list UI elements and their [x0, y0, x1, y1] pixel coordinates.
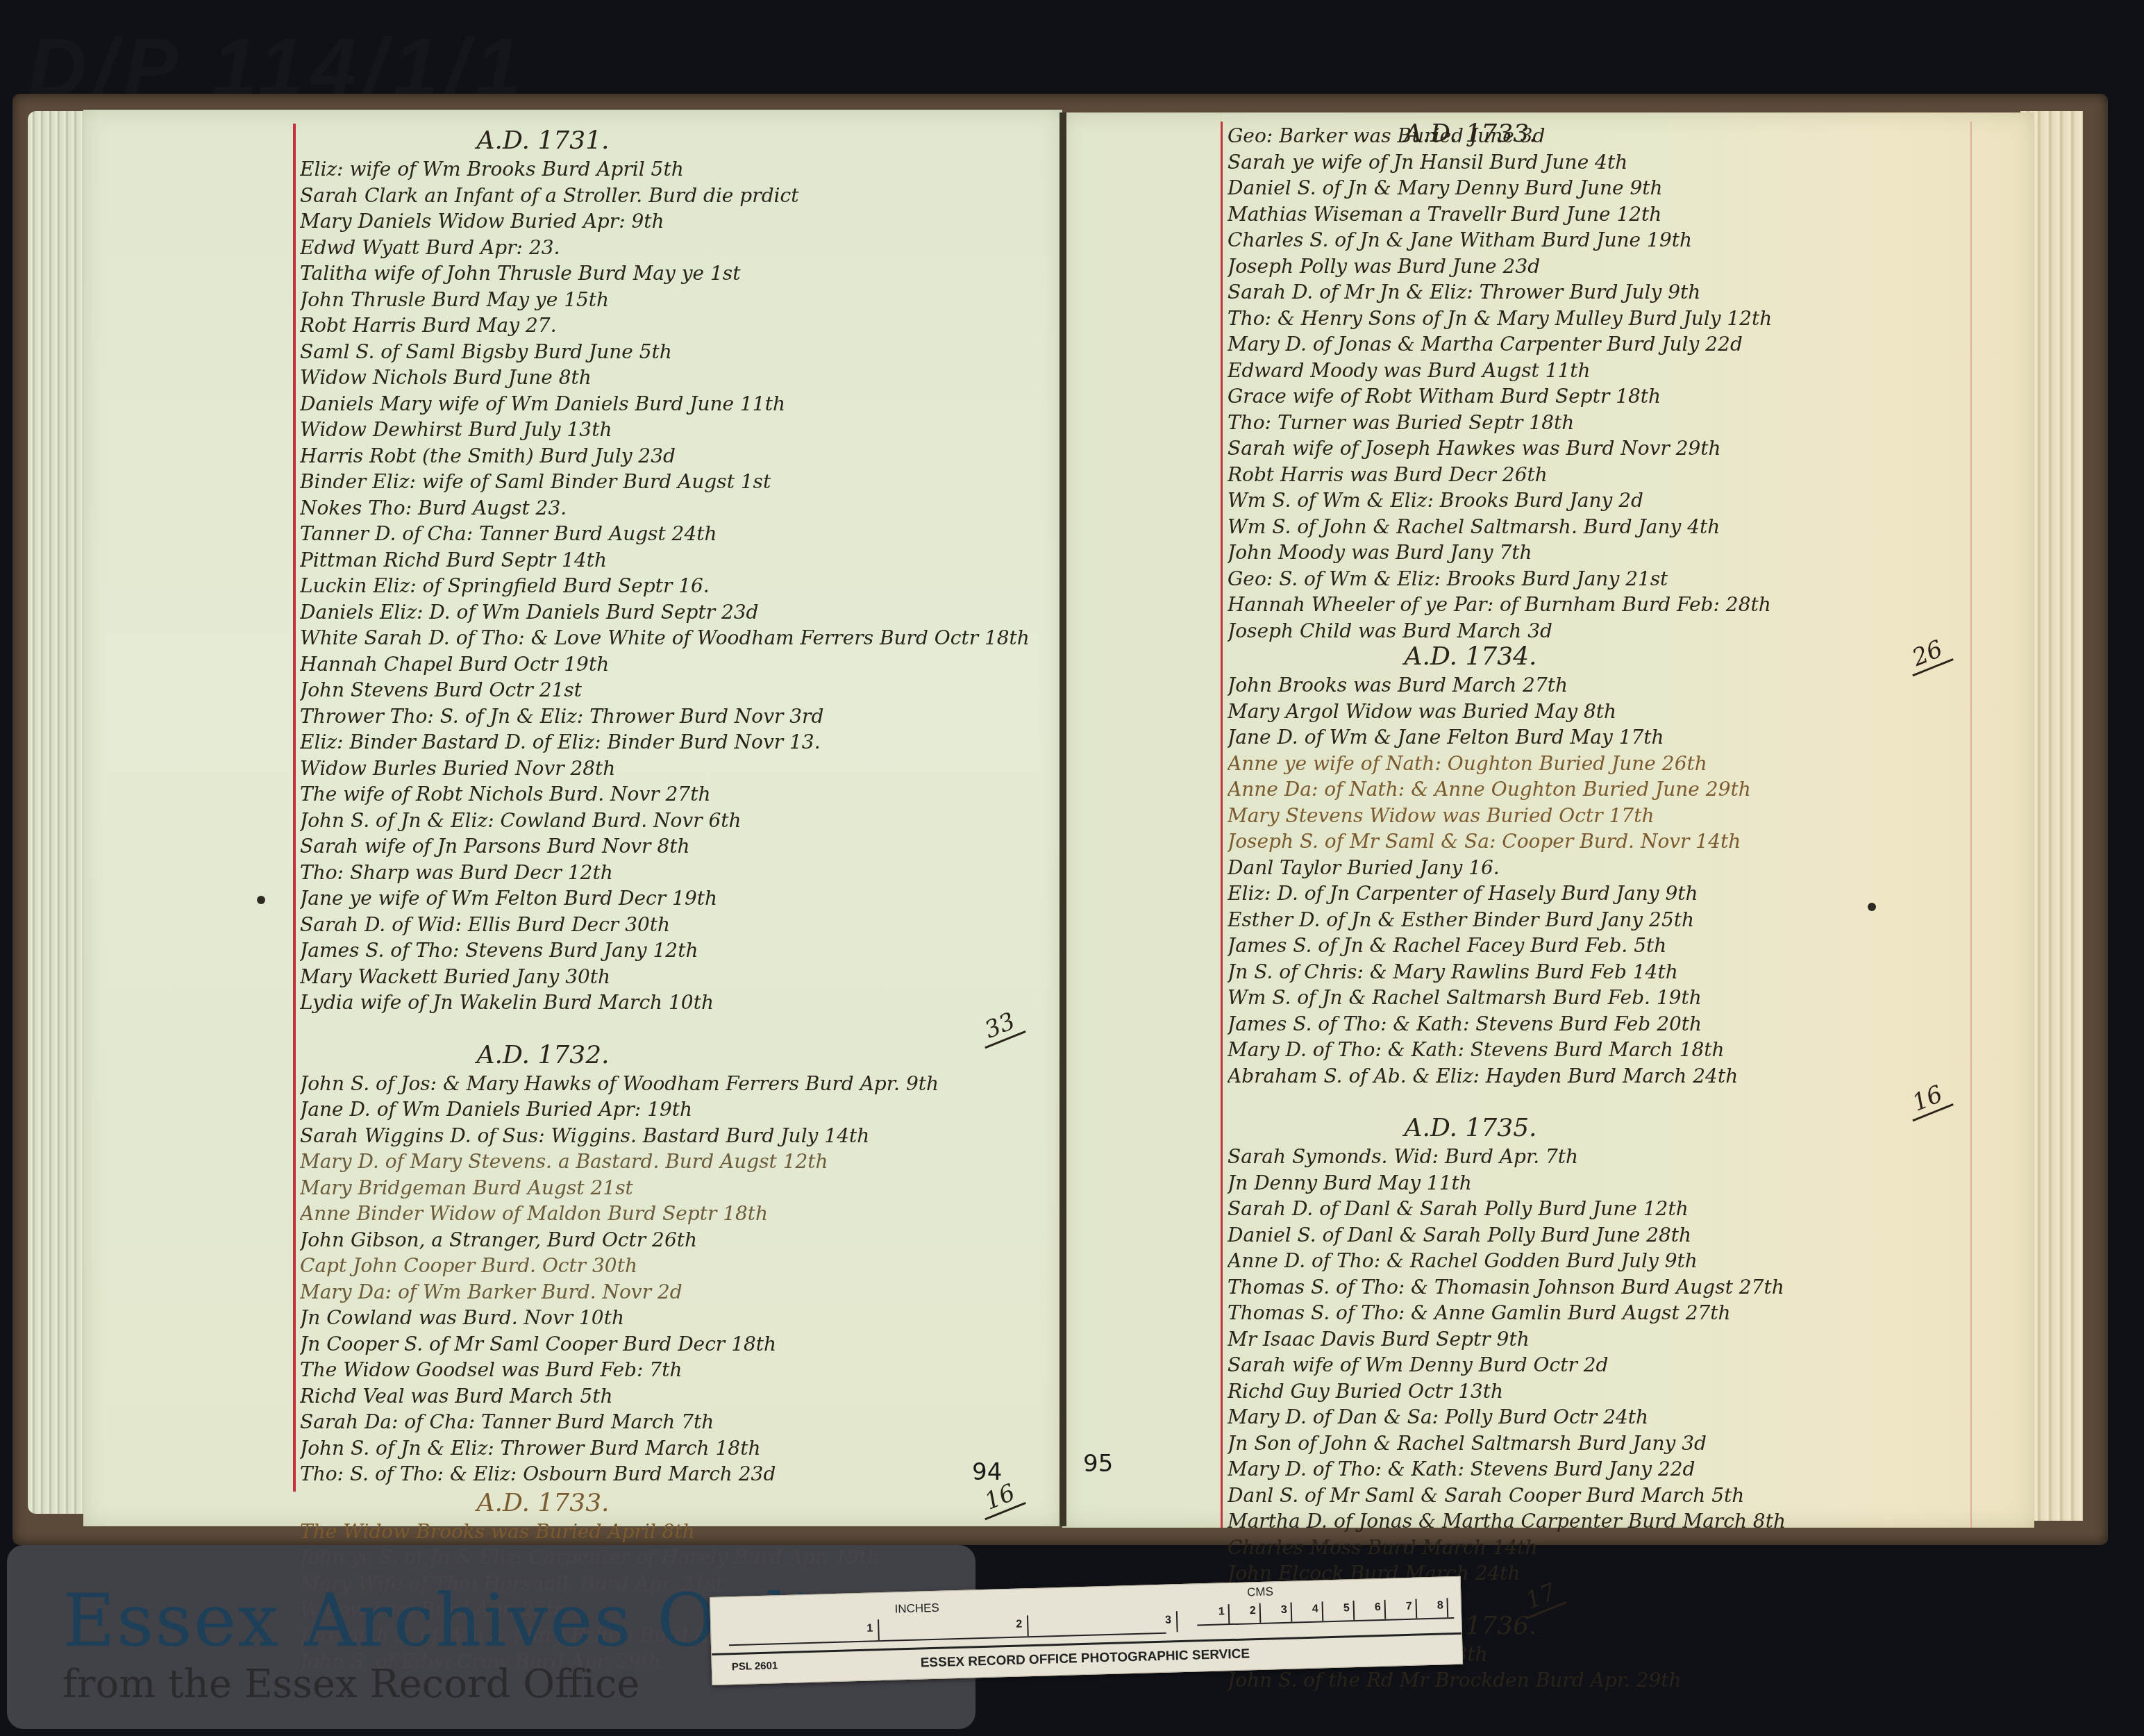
burial-entry: Jn Son of John & Rachel Saltmarsh Burd J…	[1228, 1430, 1977, 1457]
ruler-code: PSL 2601	[732, 1660, 778, 1673]
burial-entry: Jn S. of Chris: & Mary Rawlins Burd Feb …	[1228, 959, 1977, 985]
burial-entry: James S. of Jn & Rachel Facey Burd Feb. …	[1228, 933, 1977, 959]
watermark-subtitle: from the Essex Record Office	[62, 1662, 639, 1707]
burial-entry: Jn Cooper S. of Mr Saml Cooper Burd Decr…	[300, 1331, 1050, 1358]
tally-count: 33	[300, 1012, 1050, 1038]
cm-number: 7	[1406, 1601, 1412, 1613]
burial-entry: Tho: Sharp was Burd Decr 12th	[300, 860, 1050, 886]
burial-entry: Daniel S. of Danl & Sarah Polly Burd Jun…	[1228, 1222, 1977, 1249]
burial-entry: John S. of the Rd Mr Brockden Burd Apr. …	[1228, 1667, 1977, 1694]
burial-entry: Robt Harris was Burd Decr 26th	[1228, 462, 1977, 488]
burial-entry: Eliz: wife of Wm Brooks Burd April 5th	[300, 156, 1050, 183]
entry-list: Sarah Symonds. Wid: Burd Apr. 7thJn Denn…	[1228, 1144, 1977, 1587]
burial-entry: Jn Cowland was Burd. Novr 10th	[300, 1305, 1050, 1331]
burial-entry: Tho: Turner was Buried Septr 18th	[1228, 410, 1977, 436]
burial-entry: Danl Taylor Buried Jany 16.	[1228, 855, 1977, 881]
burial-entry: Richd Guy Buried Octr 13th	[1228, 1378, 1977, 1405]
cm-number: 8	[1437, 1600, 1443, 1612]
right-margin-rule	[1221, 122, 1223, 1528]
book-gutter	[1060, 112, 1066, 1526]
burial-entry: Richd Veal was Burd March 5th	[300, 1383, 1050, 1410]
burial-entry: Sarah D. of Wid: Ellis Burd Decr 30th	[300, 912, 1050, 938]
right-page-register: A.D. 1733. Geo: Barker was Buried June 3…	[1228, 117, 1977, 1694]
inch-tick	[1176, 1611, 1178, 1632]
burial-entry: Tho: & Henry Sons of Jn & Mary Mulley Bu…	[1228, 306, 1977, 332]
burial-entry: Esther D. of Jn & Esther Binder Burd Jan…	[1228, 907, 1977, 933]
burial-entry: Widow Nichols Burd June 8th	[300, 365, 1050, 391]
burial-entry: Jn Denny Burd May 11th	[1228, 1170, 1977, 1196]
burial-entry: Capt John Cooper Burd. Octr 30th	[300, 1253, 1050, 1279]
burial-entry: Mary D. of Dan & Sa: Polly Burd Octr 24t…	[1228, 1404, 1977, 1430]
burial-entry: John Brooks was Burd March 27th	[1228, 672, 1977, 699]
burial-entry: Wm S. of John & Rachel Saltmarsh. Burd J…	[1228, 514, 1977, 540]
section-1731: A.D. 1731. Eliz: wife of Wm Brooks Burd …	[300, 126, 1050, 1038]
tally-count: 16	[300, 1483, 1050, 1510]
burial-entry: Thrower Tho: S. of Jn & Eliz: Thrower Bu…	[300, 703, 1050, 730]
entry-list: Geo: Barker was Buried June 3dSarah ye w…	[1228, 123, 1977, 644]
inch-tick	[1027, 1615, 1029, 1636]
burial-entry: Daniels Eliz: D. of Wm Daniels Burd Sept…	[300, 599, 1050, 626]
burial-entry: The wife of Robt Nichols Burd. Novr 27th	[300, 781, 1050, 808]
section-1734: A.D. 1734. John Brooks was Burd March 27…	[1228, 642, 1977, 1111]
page-number-94: 94	[972, 1458, 1002, 1486]
burial-entry: Sarah wife of Jn Parsons Burd Novr 8th	[300, 833, 1050, 860]
burial-entry: Jane D. of Wm & Jane Felton Burd May 17t…	[1228, 724, 1977, 751]
burial-entry: Martha D. of Jonas & Martha Carpenter Bu…	[1228, 1508, 1977, 1535]
burial-entry: Saml S. of Saml Bigsby Burd June 5th	[300, 339, 1050, 365]
tally-count: 16	[1228, 1085, 1977, 1111]
burial-entry: Wm S. of Wm & Eliz: Brooks Burd Jany 2d	[1228, 487, 1977, 514]
cm-tick	[1259, 1603, 1262, 1623]
burial-entry: Luckin Eliz: of Springfield Burd Septr 1…	[300, 573, 1050, 599]
cm-number: 6	[1375, 1601, 1381, 1614]
burial-entry: Mathias Wiseman a Travellr Burd June 12t…	[1228, 201, 1977, 228]
burial-entry: Charles S. of Jn & Jane Witham Burd June…	[1228, 227, 1977, 253]
section-1735: A.D. 1735. Sarah Symonds. Wid: Burd Apr.…	[1228, 1114, 1977, 1609]
cm-tick	[1291, 1603, 1293, 1622]
year-heading: A.D. 1731.	[300, 126, 1050, 155]
burial-entry: John S. of Jn & Eliz: Cowland Burd. Novr…	[300, 808, 1050, 834]
burial-entry: Thomas S. of Tho: & Anne Gamlin Burd Aug…	[1228, 1300, 1977, 1326]
cm-tick	[1322, 1601, 1324, 1621]
ink-spot	[257, 896, 265, 904]
inch-tick	[878, 1619, 880, 1640]
burial-entry: Sarah D. of Mr Jn & Eliz: Thrower Burd J…	[1228, 279, 1977, 306]
burial-entry: The Widow Goodsel was Burd Feb: 7th	[300, 1357, 1050, 1383]
left-margin-rule	[293, 124, 296, 1492]
burial-entry: John Thrusle Burd May ye 15th	[300, 287, 1050, 313]
cm-tick	[1384, 1600, 1386, 1619]
entry-list: John Brooks was Burd March 27thMary Argo…	[1228, 672, 1977, 1089]
cm-number: 1	[1218, 1605, 1225, 1618]
burial-entry: Sarah Symonds. Wid: Burd Apr. 7th	[1228, 1144, 1977, 1170]
inch-number: 1	[866, 1622, 873, 1635]
burial-entry: James S. of Tho: Stevens Burd Jany 12th	[300, 937, 1050, 964]
cm-tick	[1446, 1598, 1448, 1617]
burial-entry: Mary Stevens Widow was Buried Octr 17th	[1228, 803, 1977, 829]
burial-entry: Mary Wackett Buried Jany 30th	[300, 964, 1050, 990]
burial-entry: John S. of Jn & Eliz: Thrower Burd March…	[300, 1435, 1050, 1462]
burial-entry: Mary D. of Mary Stevens. a Bastard. Burd…	[300, 1149, 1050, 1175]
ruler-inches-label: INCHES	[894, 1601, 939, 1617]
tally-count: 26	[1228, 640, 1977, 666]
burial-entry: Mary Daniels Widow Buried Apr: 9th	[300, 208, 1050, 235]
burial-entry: Daniel S. of Jn & Mary Denny Burd June 9…	[1228, 175, 1977, 201]
burial-entry: Daniels Mary wife of Wm Daniels Burd Jun…	[300, 391, 1050, 417]
burial-entry: Sarah D. of Danl & Sarah Polly Burd June…	[1228, 1196, 1977, 1222]
page-number-95: 95	[1083, 1450, 1113, 1478]
year-heading: A.D. 1735.	[1228, 1114, 1977, 1142]
cm-number: 2	[1250, 1605, 1256, 1617]
burial-entry: Anne Da: of Nath: & Anne Oughton Buried …	[1228, 776, 1977, 803]
burial-entry: The Widow Brooks was Buried April 8th	[300, 1519, 1050, 1545]
burial-entry: Danl S. of Mr Saml & Sarah Cooper Burd M…	[1228, 1483, 1977, 1509]
burial-entry: Geo: Barker was Buried June 3d	[1228, 123, 1977, 149]
inch-number: 3	[1165, 1614, 1171, 1626]
ruler-service-label: ESSEX RECORD OFFICE PHOTOGRAPHIC SERVICE	[920, 1646, 1250, 1671]
burial-entry: White Sarah D. of Tho: & Love White of W…	[300, 625, 1050, 651]
left-page-register: A.D. 1731. Eliz: wife of Wm Brooks Burd …	[300, 124, 1050, 1675]
cm-number: 5	[1343, 1602, 1350, 1614]
burial-entry: Hannah Chapel Burd Octr 19th	[300, 651, 1050, 678]
burial-entry: Anne D. of Tho: & Rachel Godden Burd Jul…	[1228, 1248, 1977, 1274]
burial-entry: Edwd Wyatt Burd Apr: 23.	[300, 235, 1050, 261]
burial-entry: Talitha wife of John Thrusle Burd May ye…	[300, 260, 1050, 287]
cm-number: 3	[1281, 1604, 1287, 1617]
burial-entry: Pittman Richd Burd Septr 14th	[300, 547, 1050, 574]
burial-entry: Mary Bridgeman Burd Augst 21st	[300, 1175, 1050, 1201]
burial-entry: Edward Moody was Burd Augst 11th	[1228, 358, 1977, 384]
burial-entry: Joseph S. of Mr Saml & Sa: Cooper Burd. …	[1228, 828, 1977, 855]
burial-entry: Mary D. of Tho: & Kath: Stevens Burd Jan…	[1228, 1456, 1977, 1483]
ruler-cms-label: CMS	[1247, 1585, 1273, 1599]
burial-entry: Sarah ye wife of Jn Hansil Burd June 4th	[1228, 149, 1977, 176]
burial-entry: Eliz: D. of Jn Carpenter of Hasely Burd …	[1228, 880, 1977, 907]
burial-entry: Mary Argol Widow was Buried May 8th	[1228, 699, 1977, 725]
burial-entry: Mr Isaac Davis Burd Septr 9th	[1228, 1326, 1977, 1353]
burial-entry: Jane D. of Wm Daniels Buried Apr: 19th	[300, 1096, 1050, 1123]
burial-entry: Wm S. of Jn & Rachel Saltmarsh Burd Feb.…	[1228, 985, 1977, 1011]
burial-entry: Eliz: Binder Bastard D. of Eliz: Binder …	[300, 729, 1050, 756]
burial-entry: Joseph Polly was Burd June 23d	[1228, 253, 1977, 280]
cm-scale-line	[1197, 1617, 1454, 1626]
burial-entry: James S. of Tho: & Kath: Stevens Burd Fe…	[1228, 1011, 1977, 1037]
section-1732: A.D. 1732. John S. of Jos: & Mary Hawks …	[300, 1041, 1050, 1510]
burial-entry: Sarah Wiggins D. of Sus: Wiggins. Bastar…	[300, 1123, 1050, 1149]
burial-entry: Robt Harris Burd May 27.	[300, 312, 1050, 339]
burial-entry: Mary Da: of Wm Barker Burd. Novr 2d	[300, 1279, 1050, 1305]
burial-entry: Sarah Da: of Cha: Tanner Burd March 7th	[300, 1409, 1050, 1435]
burial-entry: Charles Moss Burd March 14th	[1228, 1535, 1977, 1561]
burial-entry: Nokes Tho: Burd Augst 23.	[300, 495, 1050, 521]
year-heading: A.D. 1732.	[300, 1041, 1050, 1069]
entry-list: John S. of Jos: & Mary Hawks of Woodham …	[300, 1071, 1050, 1487]
cm-tick	[1415, 1599, 1417, 1619]
burial-entry: Tanner D. of Cha: Tanner Burd Augst 24th	[300, 521, 1050, 547]
burial-entry: John S. of Jos: & Mary Hawks of Woodham …	[300, 1071, 1050, 1097]
burial-entry: Sarah wife of Wm Denny Burd Octr 2d	[1228, 1352, 1977, 1378]
entry-list: Eliz: wife of Wm Brooks Burd April 5thSa…	[300, 156, 1050, 1016]
burial-entry: Mary D. of Tho: & Kath: Stevens Burd Mar…	[1228, 1037, 1977, 1063]
burial-entry: Mary D. of Jonas & Martha Carpenter Burd…	[1228, 331, 1977, 358]
cm-number: 4	[1312, 1603, 1318, 1616]
burial-entry: Sarah wife of Joseph Hawkes was Burd Nov…	[1228, 435, 1977, 462]
burial-entry: Geo: S. of Wm & Eliz: Brooks Burd Jany 2…	[1228, 566, 1977, 592]
cm-tick	[1228, 1604, 1230, 1624]
burial-entry: Widow Dewhirst Burd July 13th	[300, 417, 1050, 443]
section-1733-cont: A.D. 1733. Geo: Barker was Buried June 3…	[1228, 119, 1977, 666]
burial-entry: John Gibson, a Stranger, Burd Octr 26th	[300, 1227, 1050, 1253]
burial-entry: Hannah Wheeler of ye Par: of Burnham Bur…	[1228, 592, 1977, 618]
burial-entry: Thomas S. of Tho: & Thomasin Johnson Bur…	[1228, 1274, 1977, 1301]
burial-entry: Binder Eliz: wife of Saml Binder Burd Au…	[300, 469, 1050, 495]
burial-entry: Sarah Clark an Infant of a Stroller. Bur…	[300, 183, 1050, 209]
burial-entry: Grace wife of Robt Witham Burd Septr 18t…	[1228, 383, 1977, 410]
burial-entry: Harris Robt (the Smith) Burd July 23d	[300, 443, 1050, 469]
burial-entry: John Stevens Burd Octr 21st	[300, 677, 1050, 703]
burial-entry: John Moody was Burd Jany 7th	[1228, 540, 1977, 566]
burial-entry: Anne ye wife of Nath: Oughton Buried Jun…	[1228, 751, 1977, 777]
inch-number: 2	[1016, 1618, 1022, 1630]
cm-tick	[1353, 1601, 1355, 1620]
burial-entry: Anne Binder Widow of Maldon Burd Septr 1…	[300, 1201, 1050, 1227]
burial-entry: Widow Burles Buried Novr 28th	[300, 756, 1050, 782]
burial-entry: Jane ye wife of Wm Felton Burd Decr 19th	[300, 885, 1050, 912]
